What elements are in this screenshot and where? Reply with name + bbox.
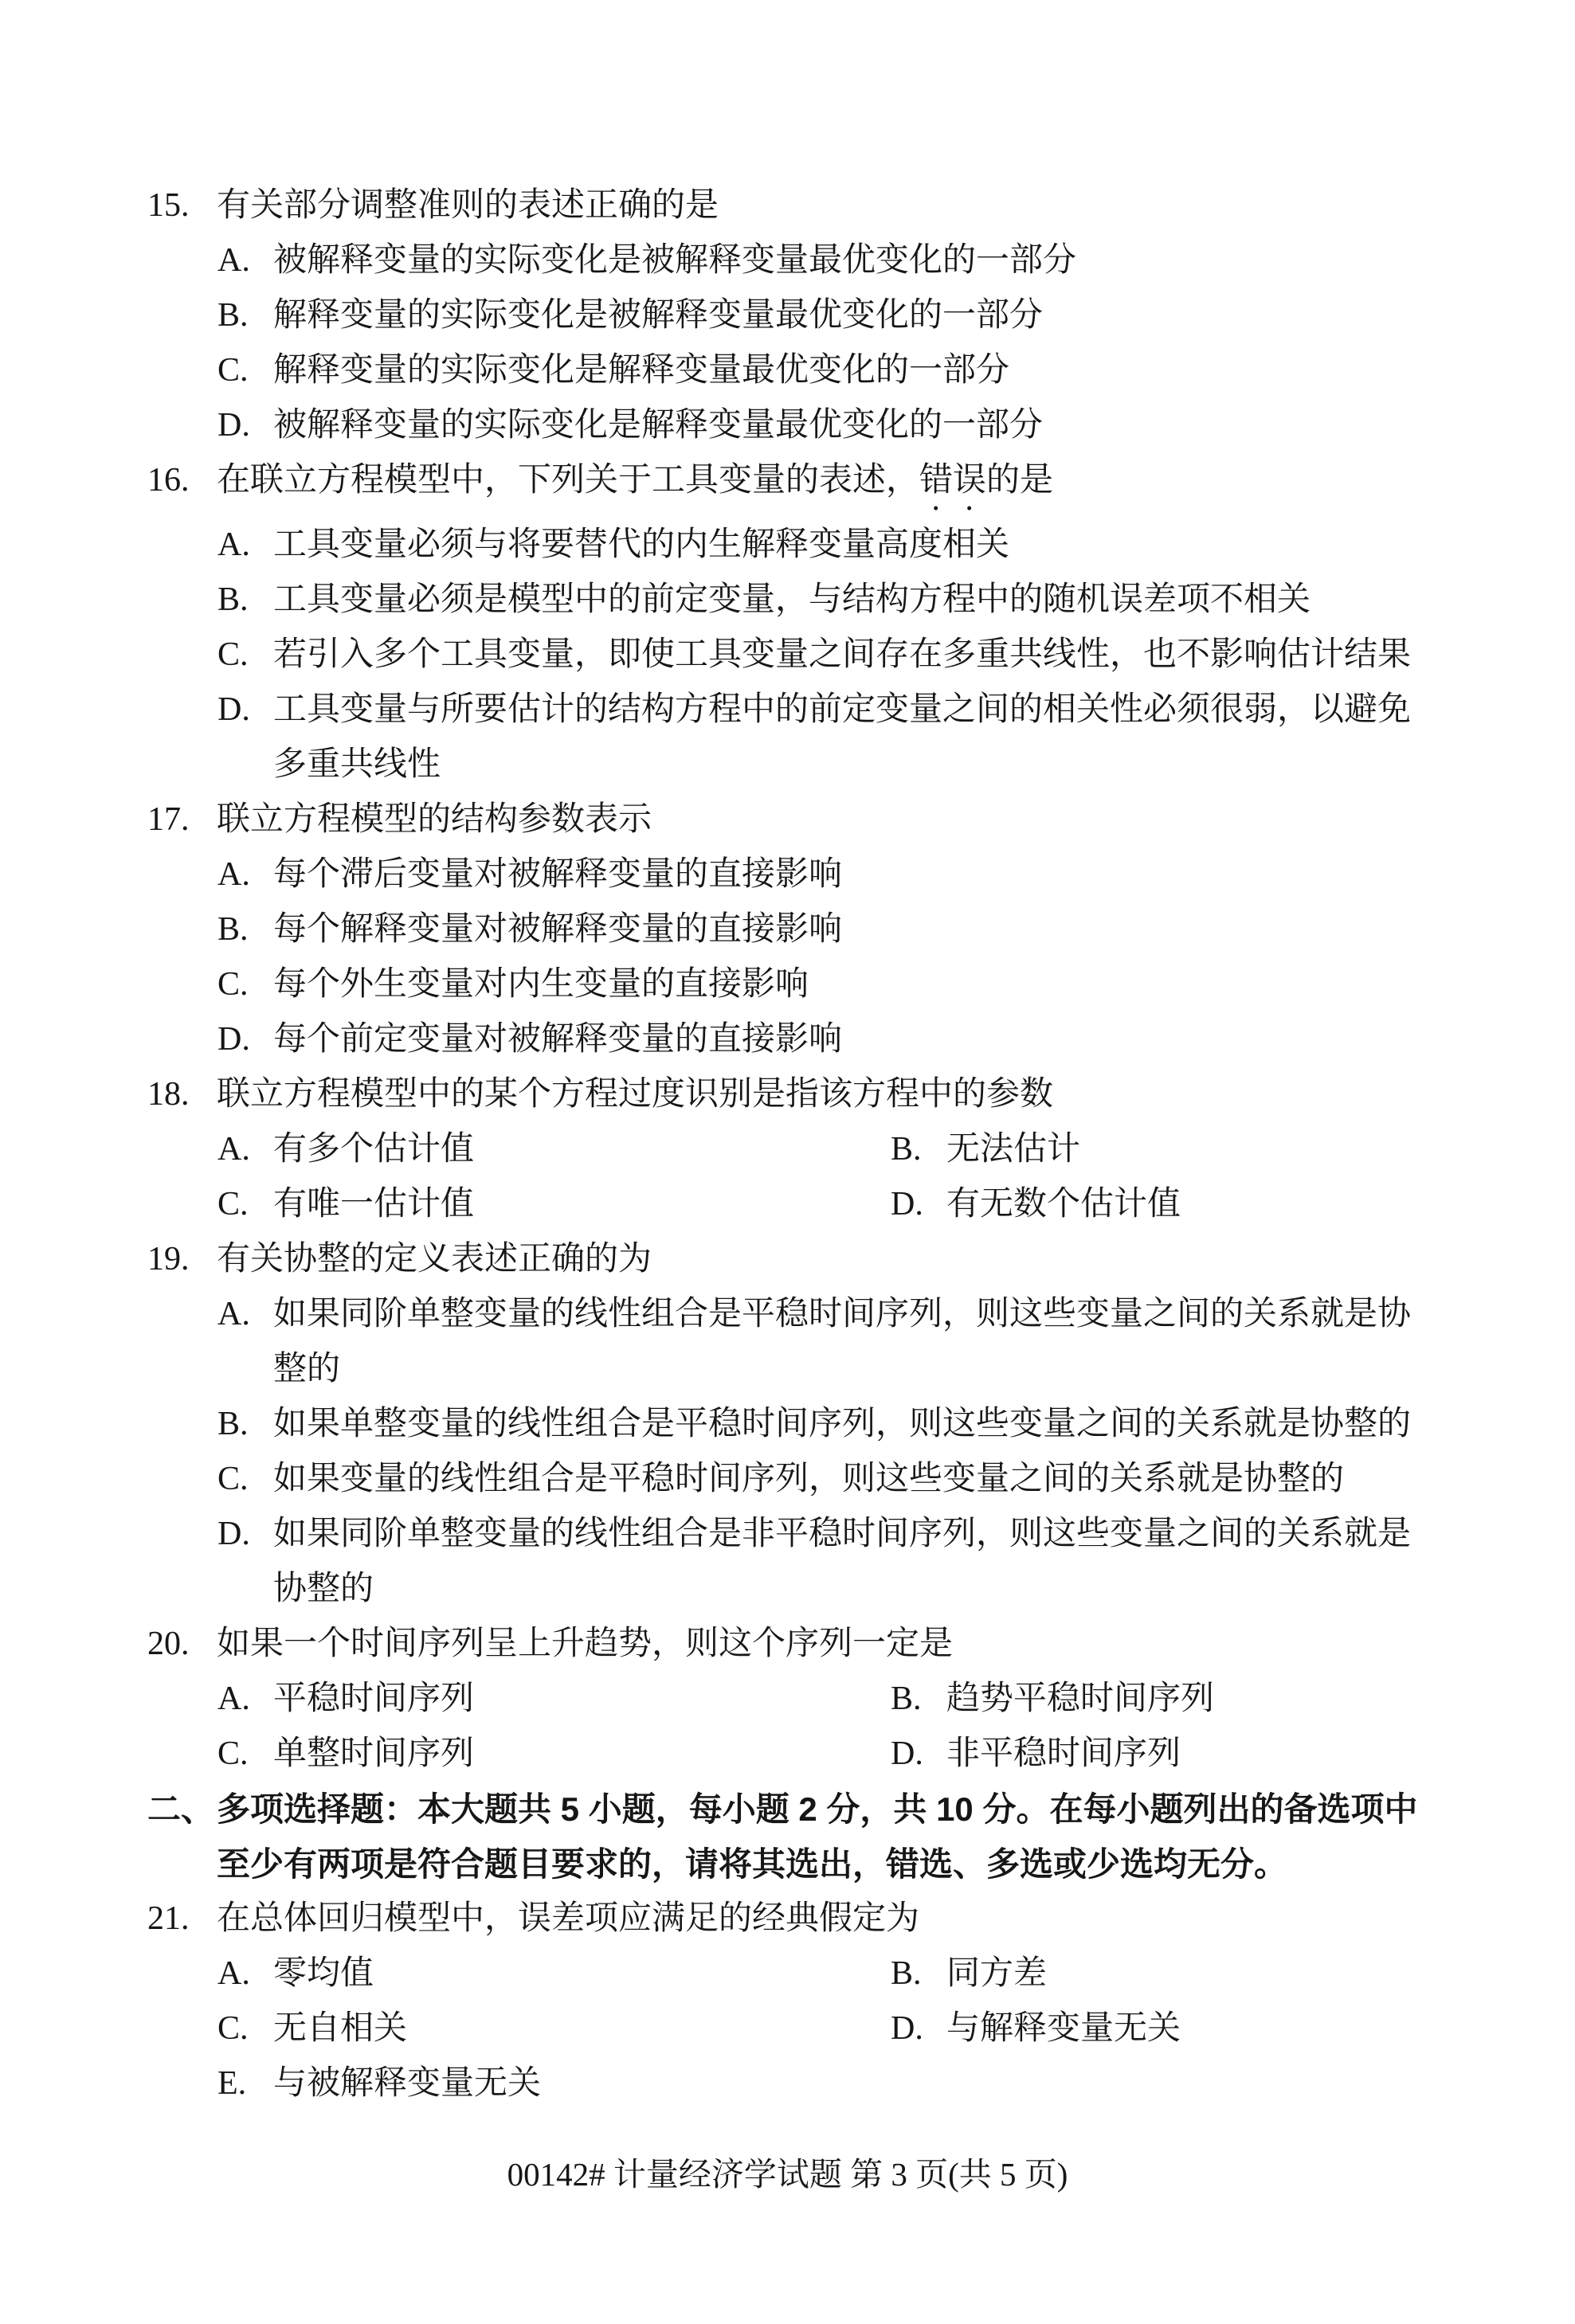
option-row: C.若引入多个工具变量，即使工具变量之间存在多重共线性，也不影响估计结果 <box>147 628 1470 683</box>
option-text: 工具变量与所要估计的结构方程中的前定变量之间的相关性必须很弱，以避免多重共线性 <box>273 683 1420 792</box>
question-stem: 联立方程模型的结构参数表示 <box>217 792 1459 847</box>
question-stem-line: 19.有关协整的定义表述正确的为 <box>147 1232 1470 1287</box>
option-text: 无法估计 <box>946 1122 1080 1177</box>
stem-text: 如果一个时间序列呈上升趋势，则这个序列一定是 <box>217 1626 953 1662</box>
question-stem: 在联立方程模型中，下列关于工具变量的表述，错误的是 <box>217 453 1459 518</box>
option-label: D. <box>217 1012 273 1067</box>
option-text: 无自相关 <box>273 2001 407 2056</box>
option-text: 趋势平稳时间序列 <box>946 1672 1214 1727</box>
question-block-19: 19.有关协整的定义表述正确的为A.如果同阶单整变量的线性组合是平稳时间序列，则… <box>147 1232 1470 1617</box>
option-row: A.工具变量必须与将要替代的内生解释变量高度相关 <box>147 518 1470 573</box>
option-row: C.每个外生变量对内生变量的直接影响 <box>147 957 1470 1012</box>
stem-text: 有关协整的定义表述正确的为 <box>217 1241 652 1277</box>
option-C: C.有唯一估计值 <box>217 1177 891 1232</box>
option-row: A.被解释变量的实际变化是被解释变量最优变化的一部分 <box>147 233 1470 288</box>
option-text: 如果同阶单整变量的线性组合是平稳时间序列，则这些变量之间的关系就是协整的 <box>273 1287 1420 1397</box>
option-text: 有多个估计值 <box>273 1122 474 1177</box>
question-stem: 联立方程模型中的某个方程过度识别是指该方程中的参数 <box>217 1067 1459 1122</box>
page-footer: 00142# 计量经济学试题 第 3 页(共 5 页) <box>0 2150 1575 2198</box>
option-C: C.单整时间序列 <box>217 1727 891 1782</box>
option-text: 零均值 <box>273 1946 374 2001</box>
option-label: B. <box>217 573 273 628</box>
option-label: C. <box>217 343 273 398</box>
option-text: 有无数个估计值 <box>946 1177 1181 1232</box>
option-label: B. <box>217 288 273 343</box>
option-label: C. <box>217 1727 273 1782</box>
option-text: 若引入多个工具变量，即使工具变量之间存在多重共线性，也不影响估计结果 <box>273 628 1411 683</box>
option-text: 工具变量必须与将要替代的内生解释变量高度相关 <box>273 518 1009 573</box>
question-stem: 有关部分调整准则的表述正确的是 <box>217 178 1459 233</box>
stem-text: 在总体回归模型中，误差项应满足的经典假定为 <box>217 1900 919 1937</box>
option-text: 如果单整变量的线性组合是平稳时间序列，则这些变量之间的关系就是协整的 <box>273 1397 1411 1452</box>
option-label: D. <box>891 1177 946 1232</box>
question-stem-line: 21.在总体回归模型中，误差项应满足的经典假定为 <box>147 1892 1470 1946</box>
section-text: 多项选择题：本大题共 5 小题，每小题 2 分，共 10 分。在每小题列出的备选… <box>217 1782 1428 1892</box>
option-text: 与解释变量无关 <box>946 2001 1181 2056</box>
option-row: A.有多个估计值B.无法估计 <box>147 1122 1470 1177</box>
section-header-line: 二、多项选择题：本大题共 5 小题，每小题 2 分，共 10 分。在每小题列出的… <box>147 1782 1470 1892</box>
option-row: C.单整时间序列D.非平稳时间序列 <box>147 1727 1470 1782</box>
option-A: A.有多个估计值 <box>217 1122 891 1177</box>
option-row: A.如果同阶单整变量的线性组合是平稳时间序列，则这些变量之间的关系就是协整的 <box>147 1287 1470 1397</box>
option-text: 平稳时间序列 <box>273 1672 474 1727</box>
question-number: 20. <box>147 1617 217 1672</box>
option-text: 如果同阶单整变量的线性组合是非平稳时间序列，则这些变量之间的关系就是协整的 <box>273 1507 1420 1617</box>
option-text: 非平稳时间序列 <box>946 1727 1181 1782</box>
option-label: B. <box>217 902 273 957</box>
question-block-20: 20.如果一个时间序列呈上升趋势，则这个序列一定是A.平稳时间序列B.趋势平稳时… <box>147 1617 1470 1782</box>
option-label: B. <box>891 1946 946 2001</box>
option-label: A. <box>217 518 273 573</box>
option-B: B.无法估计 <box>891 1122 1470 1177</box>
option-text: 被解释变量的实际变化是解释变量最优变化的一部分 <box>273 398 1043 453</box>
option-label: A. <box>217 1122 273 1177</box>
option-B: B.同方差 <box>891 1946 1470 2001</box>
option-D: D.与解释变量无关 <box>891 2001 1470 2056</box>
question-number: 17. <box>147 792 217 847</box>
option-row: D.如果同阶单整变量的线性组合是非平稳时间序列，则这些变量之间的关系就是协整的 <box>147 1507 1470 1617</box>
stem-text: 联立方程模型的结构参数表示 <box>217 801 652 838</box>
question-stem-line: 18.联立方程模型中的某个方程过度识别是指该方程中的参数 <box>147 1067 1470 1122</box>
option-label: A. <box>217 233 273 288</box>
question-stem-line: 20.如果一个时间序列呈上升趋势，则这个序列一定是 <box>147 1617 1470 1672</box>
option-label: E. <box>217 2056 273 2111</box>
option-label: C. <box>217 628 273 683</box>
option-label: A. <box>217 847 273 902</box>
option-D: D.有无数个估计值 <box>891 1177 1470 1232</box>
option-text: 与被解释变量无关 <box>273 2056 541 2111</box>
section-label: 二、 <box>147 1782 217 1892</box>
option-label: D. <box>217 398 273 453</box>
stem-emphasized-text: 错误 <box>919 462 986 499</box>
option-row: C.如果变量的线性组合是平稳时间序列，则这些变量之间的关系就是协整的 <box>147 1452 1470 1507</box>
stem-text: 在联立方程模型中，下列关于工具变量的表述， <box>217 462 919 499</box>
option-row: C.无自相关D.与解释变量无关 <box>147 2001 1470 2056</box>
option-label: A. <box>217 1672 273 1727</box>
exam-content: 15.有关部分调整准则的表述正确的是A.被解释变量的实际变化是被解释变量最优变化… <box>147 178 1470 2111</box>
option-label: C. <box>217 2001 273 2056</box>
question-block-17: 17.联立方程模型的结构参数表示A.每个滞后变量对被解释变量的直接影响B.每个解… <box>147 792 1470 1067</box>
option-text: 有唯一估计值 <box>273 1177 474 1232</box>
option-label: C. <box>217 1452 273 1507</box>
question-stem: 有关协整的定义表述正确的为 <box>217 1232 1459 1287</box>
exam-page: { "document": { "footer": "00142# 计量经济学试… <box>0 0 1575 2324</box>
question-number: 16. <box>147 453 217 518</box>
question-number: 18. <box>147 1067 217 1122</box>
question-number: 15. <box>147 178 217 233</box>
question-block-21: 21.在总体回归模型中，误差项应满足的经典假定为A.零均值B.同方差C.无自相关… <box>147 1892 1470 2111</box>
option-text: 工具变量必须是模型中的前定变量，与结构方程中的随机误差项不相关 <box>273 573 1311 628</box>
stem-text: 联立方程模型中的某个方程过度识别是指该方程中的参数 <box>217 1076 1053 1113</box>
option-row: C.有唯一估计值D.有无数个估计值 <box>147 1177 1470 1232</box>
option-label: A. <box>217 1946 273 2001</box>
option-label: D. <box>217 683 273 792</box>
option-row: B.如果单整变量的线性组合是平稳时间序列，则这些变量之间的关系就是协整的 <box>147 1397 1470 1452</box>
option-A: A.零均值 <box>217 1946 891 2001</box>
stem-text: 有关部分调整准则的表述正确的是 <box>217 187 719 224</box>
option-row: D.工具变量与所要估计的结构方程中的前定变量之间的相关性必须很弱，以避免多重共线… <box>147 683 1470 792</box>
option-text: 每个前定变量对被解释变量的直接影响 <box>273 1012 842 1067</box>
question-stem: 在总体回归模型中，误差项应满足的经典假定为 <box>217 1892 1459 1946</box>
option-text: 单整时间序列 <box>273 1727 474 1782</box>
option-label: D. <box>891 1727 946 1782</box>
option-label: A. <box>217 1287 273 1397</box>
option-label: B. <box>891 1672 946 1727</box>
option-row: A.平稳时间序列B.趋势平稳时间序列 <box>147 1672 1470 1727</box>
option-E: E.与被解释变量无关 <box>217 2056 891 2111</box>
option-A: A.平稳时间序列 <box>217 1672 891 1727</box>
section-header: 二、多项选择题：本大题共 5 小题，每小题 2 分，共 10 分。在每小题列出的… <box>147 1782 1470 1892</box>
question-number: 21. <box>147 1892 217 1946</box>
option-row: C.解释变量的实际变化是解释变量最优变化的一部分 <box>147 343 1470 398</box>
question-block-15: 15.有关部分调整准则的表述正确的是A.被解释变量的实际变化是被解释变量最优变化… <box>147 178 1470 453</box>
option-row: E.与被解释变量无关 <box>147 2056 1470 2111</box>
option-B: B.趋势平稳时间序列 <box>891 1672 1470 1727</box>
option-row: B.解释变量的实际变化是被解释变量最优变化的一部分 <box>147 288 1470 343</box>
option-row: A.每个滞后变量对被解释变量的直接影响 <box>147 847 1470 902</box>
question-stem-line: 16.在联立方程模型中，下列关于工具变量的表述，错误的是 <box>147 453 1470 518</box>
question-stem: 如果一个时间序列呈上升趋势，则这个序列一定是 <box>217 1617 1459 1672</box>
option-text: 如果变量的线性组合是平稳时间序列，则这些变量之间的关系就是协整的 <box>273 1452 1344 1507</box>
option-C: C.无自相关 <box>217 2001 891 2056</box>
option-label: B. <box>891 1122 946 1177</box>
option-text: 解释变量的实际变化是解释变量最优变化的一部分 <box>273 343 1009 398</box>
option-row: B.工具变量必须是模型中的前定变量，与结构方程中的随机误差项不相关 <box>147 573 1470 628</box>
option-label: B. <box>217 1397 273 1452</box>
option-text: 每个解释变量对被解释变量的直接影响 <box>273 902 842 957</box>
option-row: D.每个前定变量对被解释变量的直接影响 <box>147 1012 1470 1067</box>
question-number: 19. <box>147 1232 217 1287</box>
option-label: C. <box>217 1177 273 1232</box>
option-label: D. <box>891 2001 946 2056</box>
question-stem-line: 17.联立方程模型的结构参数表示 <box>147 792 1470 847</box>
option-text: 被解释变量的实际变化是被解释变量最优变化的一部分 <box>273 233 1076 288</box>
option-text: 每个滞后变量对被解释变量的直接影响 <box>273 847 842 902</box>
option-text: 同方差 <box>946 1946 1047 2001</box>
option-text: 解释变量的实际变化是被解释变量最优变化的一部分 <box>273 288 1043 343</box>
question-stem-line: 15.有关部分调整准则的表述正确的是 <box>147 178 1470 233</box>
option-label: D. <box>217 1507 273 1617</box>
question-block-16: 16.在联立方程模型中，下列关于工具变量的表述，错误的是A.工具变量必须与将要替… <box>147 453 1470 792</box>
option-row: A.零均值B.同方差 <box>147 1946 1470 2001</box>
option-row: B.每个解释变量对被解释变量的直接影响 <box>147 902 1470 957</box>
option-row: D.被解释变量的实际变化是解释变量最优变化的一部分 <box>147 398 1470 453</box>
option-D: D.非平稳时间序列 <box>891 1727 1470 1782</box>
option-label: C. <box>217 957 273 1012</box>
question-list: 15.有关部分调整准则的表述正确的是A.被解释变量的实际变化是被解释变量最优变化… <box>147 178 1470 2111</box>
question-block-18: 18.联立方程模型中的某个方程过度识别是指该方程中的参数A.有多个估计值B.无法… <box>147 1067 1470 1232</box>
option-text: 每个外生变量对内生变量的直接影响 <box>273 957 809 1012</box>
stem-text: 的是 <box>986 462 1053 499</box>
